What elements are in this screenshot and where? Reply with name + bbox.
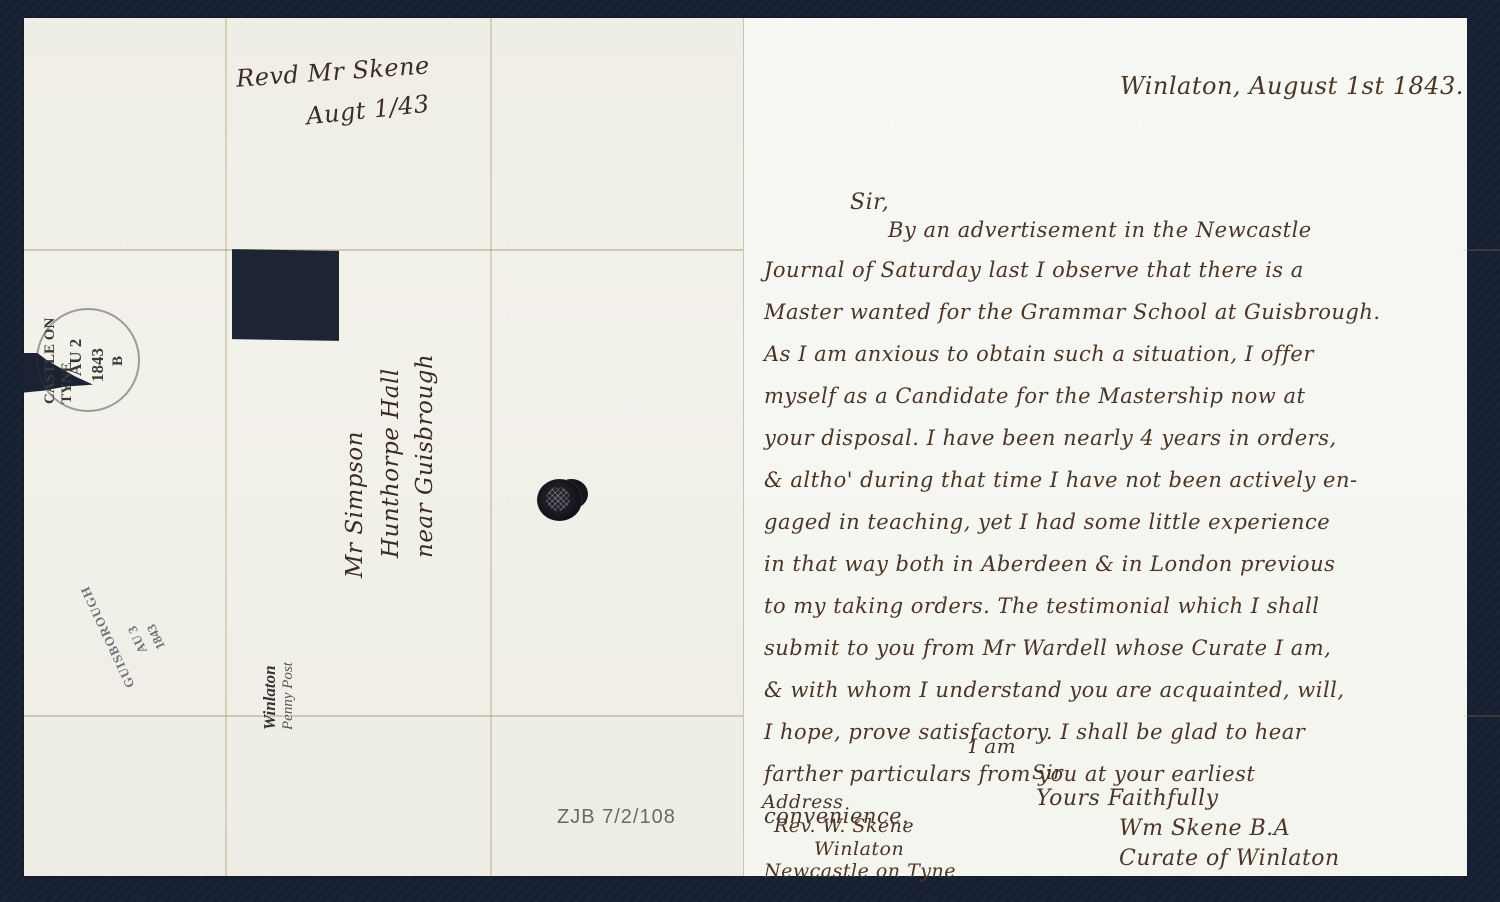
return-address-village: Winlaton — [814, 838, 904, 860]
fold-line — [1463, 249, 1500, 251]
docket-name: Revd Mr Skene — [235, 51, 430, 92]
address-town: near Guisbrough — [412, 218, 438, 558]
signature-title: Curate of Winlaton — [1119, 846, 1340, 871]
address-panel: Mr Simpson Hunthorpe Hall near Guisbroug… — [342, 238, 420, 578]
wax-seal-icon — [537, 479, 582, 521]
body-line: As I am anxious to obtain such a situati… — [764, 342, 1314, 366]
closing-i-am: I am — [969, 734, 1016, 758]
penny-post-handstamp: Winlaton Penny Post — [260, 662, 297, 730]
letter-sheet: Revd Mr Skene Augt 1/43 Mr Simpson Hunth… — [24, 18, 1466, 876]
body-line: in that way both in Aberdeen & in London… — [764, 552, 1335, 576]
closing-sir: Sir — [1032, 760, 1063, 784]
body-line: Journal of Saturday last I observe that … — [764, 258, 1304, 282]
address-recipient: Mr Simpson — [342, 238, 368, 578]
return-address-name: Rev. W. Skene — [774, 815, 914, 837]
archive-reference: ZJB 7/2/108 — [557, 806, 676, 829]
handstamp-line2: Penny Post — [280, 662, 297, 730]
body-line: submit to you from Mr Wardell whose Cura… — [764, 636, 1331, 660]
postmark-code: B — [110, 356, 127, 366]
postmark-guisborough: GUISBOROUGH AU 3 1843 — [84, 578, 198, 692]
body-line: to my taking orders. The testimonial whi… — [764, 594, 1320, 618]
letter-salutation: Sir, — [850, 190, 889, 215]
missing-paper-patch — [232, 249, 339, 341]
postmark-date: AU 2 — [66, 339, 86, 376]
postmark-year: 1843 — [88, 348, 108, 382]
body-line: farther particulars from you at your ear… — [764, 762, 1255, 786]
outer-address-leaf: Revd Mr Skene Augt 1/43 Mr Simpson Hunth… — [24, 18, 743, 876]
handstamp-line1: Winlaton — [260, 662, 280, 730]
body-line: gaged in teaching, yet I had some little… — [764, 510, 1330, 534]
letter-dateline: Winlaton, August 1st 1843. — [1120, 72, 1464, 100]
body-line: By an advertisement in the Newcastle — [888, 218, 1312, 242]
address-house: Hunthorpe Hall — [378, 218, 404, 558]
return-address-town: Newcastle on Tyne — [764, 860, 956, 882]
docket-date: Augt 1/43 — [305, 90, 431, 131]
return-address-label: Address — [762, 791, 843, 813]
body-line: your disposal. I have been nearly 4 year… — [764, 426, 1337, 450]
body-line: & altho' during that time I have not bee… — [764, 468, 1358, 492]
body-line: Master wanted for the Grammar School at … — [764, 300, 1381, 324]
signature: Wm Skene B.A — [1119, 816, 1290, 841]
body-line: myself as a Candidate for the Mastership… — [764, 384, 1305, 408]
body-line: I hope, prove satisfactory. I shall be g… — [764, 720, 1305, 744]
closing-yours-faithfully: Yours Faithfully — [1036, 786, 1219, 811]
fold-line — [1463, 715, 1500, 717]
letter-leaf: Winlaton, August 1st 1843. Sir, By an ad… — [743, 18, 1467, 876]
fold-line — [490, 18, 492, 876]
fold-line — [24, 715, 743, 717]
fold-line — [225, 18, 227, 876]
body-line: & with whom I understand you are acquain… — [764, 678, 1345, 702]
postmark-newcastle: CASTLE ON TYNE AU 2 1843 B — [36, 308, 140, 412]
